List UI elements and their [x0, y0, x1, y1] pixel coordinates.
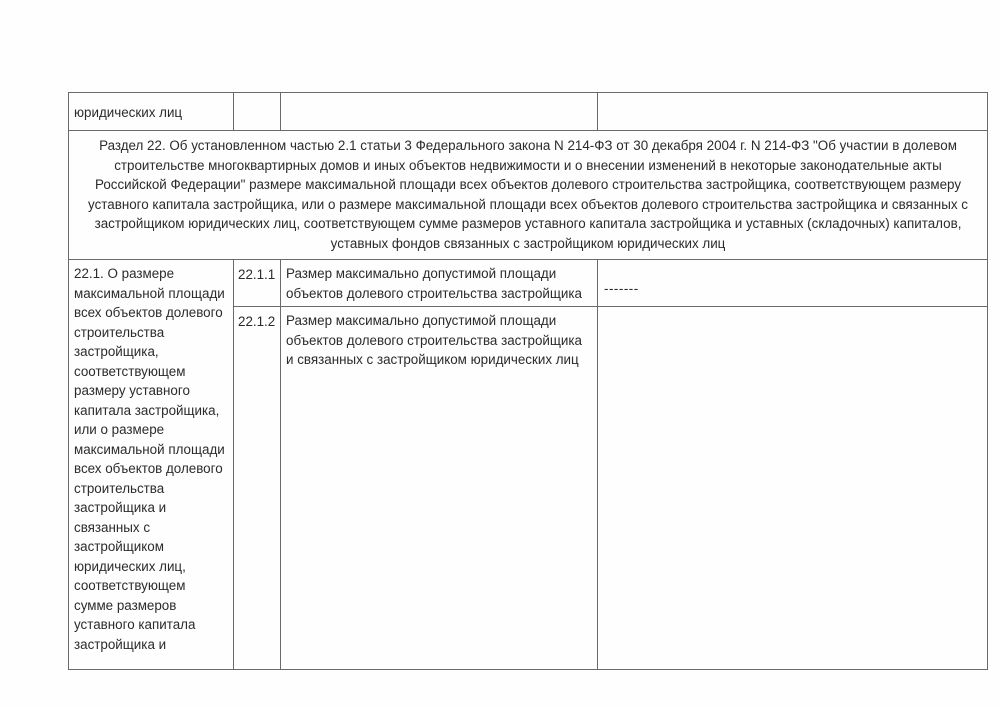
- section-header-row: Раздел 22. Об установленном частью 2.1 с…: [69, 131, 988, 260]
- continued-row: юридических лиц: [69, 93, 988, 131]
- row-label-cell: Размер максимально допустимой площади об…: [281, 307, 598, 670]
- row-value: -------: [598, 260, 987, 299]
- table-row: 22.1. О размере максимальной площади все…: [69, 260, 988, 307]
- section-header: Раздел 22. Об установленном частью 2.1 с…: [69, 131, 988, 260]
- continued-row-text: юридических лиц: [69, 93, 233, 123]
- row-number-cell: 22.1.2: [234, 307, 281, 670]
- row-value-cell: -------: [598, 260, 988, 307]
- row-number: 22.1.2: [234, 307, 280, 332]
- row-value-cell: [598, 307, 988, 670]
- row-value: [598, 307, 987, 326]
- row-label: Размер максимально допустимой площади об…: [281, 307, 597, 370]
- row-number: 22.1.1: [234, 260, 280, 285]
- continued-row-description: [281, 93, 598, 131]
- continued-row-value: [598, 93, 988, 131]
- document-page: юридических лиц Раздел 22. Об установлен…: [0, 0, 1000, 709]
- declaration-table: юридических лиц Раздел 22. Об установлен…: [68, 92, 988, 670]
- row-label-cell: Размер максимально допустимой площади об…: [281, 260, 598, 307]
- continued-row-number: [234, 93, 281, 131]
- group-title: 22.1. О размере максимальной площади все…: [69, 260, 233, 654]
- group-title-cell: 22.1. О размере максимальной площади все…: [69, 260, 234, 670]
- row-label: Размер максимально допустимой площади об…: [281, 260, 597, 303]
- continued-row-label: юридических лиц: [69, 93, 234, 131]
- row-number-cell: 22.1.1: [234, 260, 281, 307]
